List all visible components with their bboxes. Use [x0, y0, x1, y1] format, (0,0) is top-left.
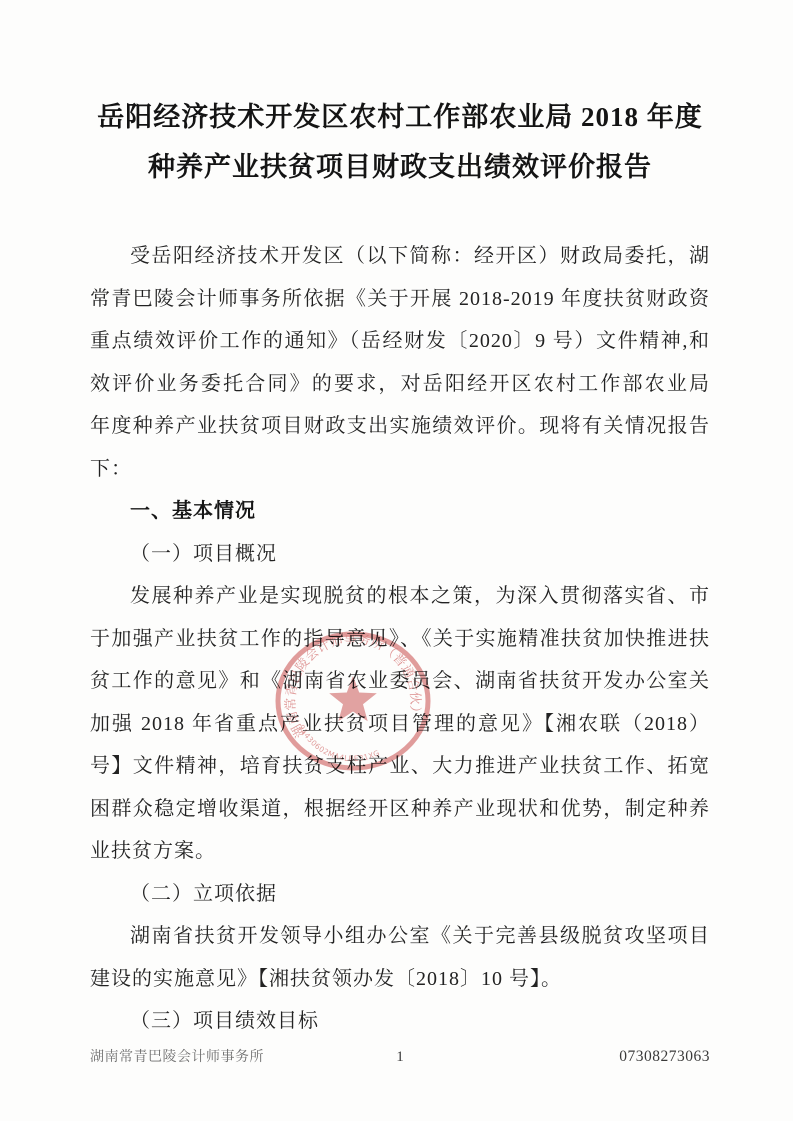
- document-content: 岳阳经济技术开发区农村工作部农业局 2018 年度 种养产业扶贫项目财政支出绩效…: [90, 92, 710, 1043]
- body-line: 受岳阳经济技术开发区（以下简称：经开区）财政局委托，湖南: [90, 235, 710, 278]
- body-line: 常青巴陵会计师事务所依据《关于开展 2018-2019 年度扶贫财政资金: [90, 278, 710, 321]
- body-line: 号】文件精神，培育扶贫支柱产业、大力推进产业扶贫工作、拓宽贫: [90, 745, 710, 788]
- subsection-heading-performance-goals: （三）项目绩效目标: [90, 1000, 710, 1043]
- body-line: 年度种养产业扶贫项目财政支出实施绩效评价。现将有关情况报告如: [90, 405, 710, 448]
- body-line: 下：: [90, 448, 710, 491]
- body-line: 贫工作的意见》和《湖南省农业委员会、湖南省扶贫开发办公室关于: [90, 660, 710, 703]
- body-line: 发展种养产业是实现脱贫的根本之策，为深入贯彻落实省、市《关: [90, 575, 710, 618]
- body-line: 业扶贫方案。: [90, 830, 710, 873]
- body-line: 湖南省扶贫开发领导小组办公室《关于完善县级脱贫攻坚项目库: [90, 915, 710, 958]
- document-page: 岳阳经济技术开发区农村工作部农业局 2018 年度 种养产业扶贫项目财政支出绩效…: [0, 0, 793, 1121]
- page-footer: 湖南常青巴陵会计师事务所 1 07308273063: [90, 1046, 710, 1066]
- footer-firm-name: 湖南常青巴陵会计师事务所: [90, 1046, 396, 1066]
- body-line: 加强 2018 年省重点产业扶贫项目管理的意见》【湘农联（2018）101: [90, 703, 710, 746]
- body-line: 效评价业务委托合同》的要求，对岳阳经开区农村工作部农业局 2018: [90, 363, 710, 406]
- body-line: 于加强产业扶贫工作的指导意见》、《关于实施精准扶贫加快推进扶: [90, 618, 710, 661]
- title-line-2: 种养产业扶贫项目财政支出绩效评价报告: [90, 142, 710, 192]
- body-line: 困群众稳定增收渠道，根据经开区种养产业现状和优势，制定种养产: [90, 788, 710, 831]
- subsection-heading-project-overview: （一）项目概况: [90, 533, 710, 576]
- footer-page-number: 1: [396, 1049, 404, 1066]
- document-title: 岳阳经济技术开发区农村工作部农业局 2018 年度 种养产业扶贫项目财政支出绩效…: [90, 92, 710, 192]
- footer-code: 07308273063: [404, 1048, 710, 1066]
- body-line: 建设的实施意见》【湘扶贫领办发〔2018〕10 号】。: [90, 958, 710, 1001]
- section-heading-basic-info: 一、基本情况: [90, 490, 710, 533]
- title-line-1: 岳阳经济技术开发区农村工作部农业局 2018 年度: [90, 92, 710, 142]
- body-line: 重点绩效评价工作的通知》（岳经财发〔2020〕9 号）文件精神,和《绩: [90, 320, 710, 363]
- subsection-heading-project-basis: （二）立项依据: [90, 873, 710, 916]
